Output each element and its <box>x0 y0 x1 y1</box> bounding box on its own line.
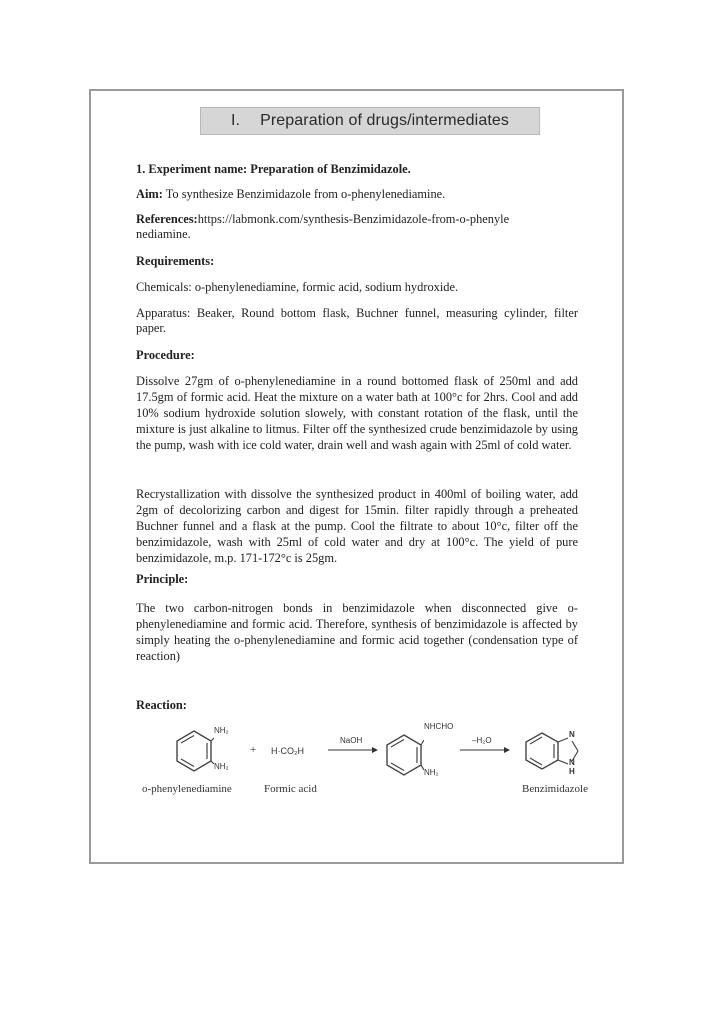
product-name: Benzimidazole <box>522 783 588 795</box>
intermediate-group-top: NHCHO <box>424 722 453 731</box>
section-title: Preparation of drugs/intermediates <box>260 112 509 130</box>
reactant1-group-bottom: NH₂ <box>214 762 229 771</box>
experiment-heading: 1. Experiment name: Preparation of Benzi… <box>136 162 578 177</box>
reactant2-formula: H·CO₂H <box>271 746 304 756</box>
aim-text: To synthesize Benzimidazole from o-pheny… <box>163 187 445 201</box>
apparatus-paragraph: Apparatus: Beaker, Round bottom flask, B… <box>136 306 578 337</box>
aim-label: Aim: <box>136 187 163 201</box>
intermediate-structure-icon <box>384 732 424 778</box>
references-paragraph: References:https://labmonk.com/synthesis… <box>136 212 511 243</box>
procedure-paragraph-1: Dissolve 27gm of o-phenylenediamine in a… <box>136 373 578 453</box>
reactant1-group-top: NH₂ <box>214 726 229 735</box>
reaction-heading: Reaction: <box>136 698 578 713</box>
product-h: H <box>569 767 575 776</box>
product-n-bottom: N <box>569 758 575 767</box>
reagent-naoh: NaOH <box>340 736 362 745</box>
intermediate-group-bottom: NH₂ <box>424 768 439 777</box>
aim-paragraph: Aim: To synthesize Benzimidazole from o-… <box>136 187 578 202</box>
principle-heading: Principle: <box>136 572 578 587</box>
reagent-water-loss: –H₂O <box>472 736 492 745</box>
benzimidazole-structure-icon <box>524 730 584 774</box>
procedure-paragraph-2: Recrystallization with dissolve the synt… <box>136 486 578 566</box>
references-label: References: <box>136 212 198 226</box>
reactant1-name: o-phenylenediamine <box>142 783 232 795</box>
section-number: I. <box>231 112 240 130</box>
plus-sign: + <box>250 744 256 756</box>
reaction-arrow-icon <box>328 746 378 754</box>
reaction-scheme: NH₂ NH₂ o-phenylenediamine + H·CO₂H Form… <box>136 720 596 810</box>
reactant2-name: Formic acid <box>264 783 317 795</box>
chemicals-paragraph: Chemicals: o-phenylenediamine, formic ac… <box>136 280 578 295</box>
o-phenylenediamine-structure-icon <box>174 728 214 774</box>
principle-paragraph: The two carbon-nitrogen bonds in benzimi… <box>136 600 578 664</box>
requirements-heading: Requirements: <box>136 254 578 269</box>
reaction-arrow-icon <box>460 746 510 754</box>
procedure-heading: Procedure: <box>136 348 578 363</box>
product-n-top: N <box>569 730 575 739</box>
section-header: I. Preparation of drugs/intermediates <box>200 107 540 135</box>
